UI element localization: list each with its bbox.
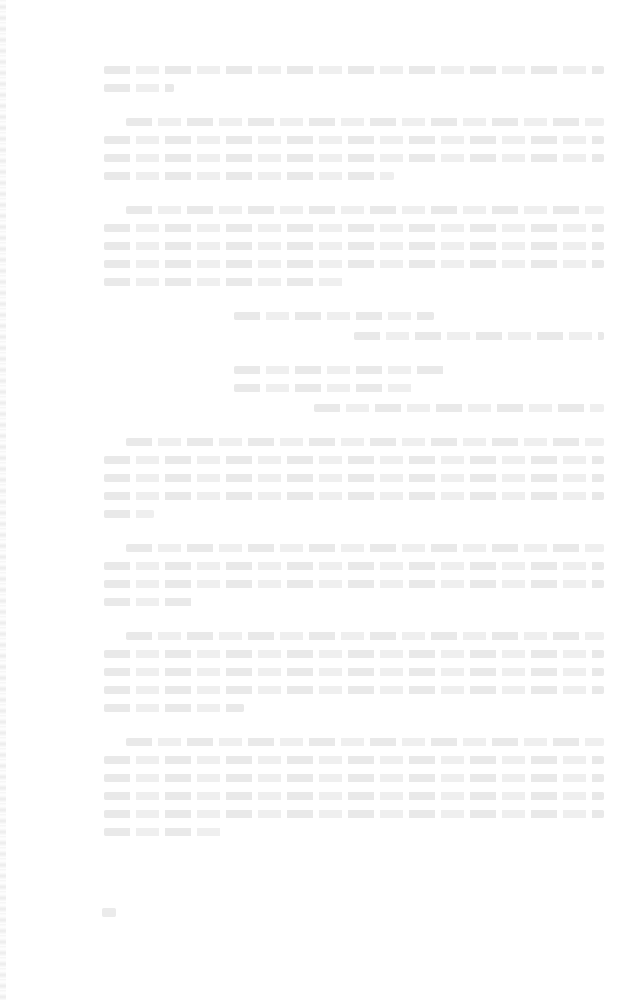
paragraph: [104, 738, 604, 836]
quote-intro: [104, 312, 604, 320]
paragraph: [104, 632, 604, 712]
paragraph-continuation: [104, 66, 604, 92]
scan-edge-artifact: [0, 0, 6, 1000]
paragraph: [104, 544, 604, 606]
attribution: [104, 404, 604, 412]
page-number: [102, 908, 116, 917]
attribution: [104, 332, 604, 340]
quote: [104, 366, 604, 392]
page-body: [104, 66, 604, 862]
paragraph: [104, 118, 604, 180]
paragraph: [104, 206, 604, 286]
paragraph: [104, 438, 604, 518]
